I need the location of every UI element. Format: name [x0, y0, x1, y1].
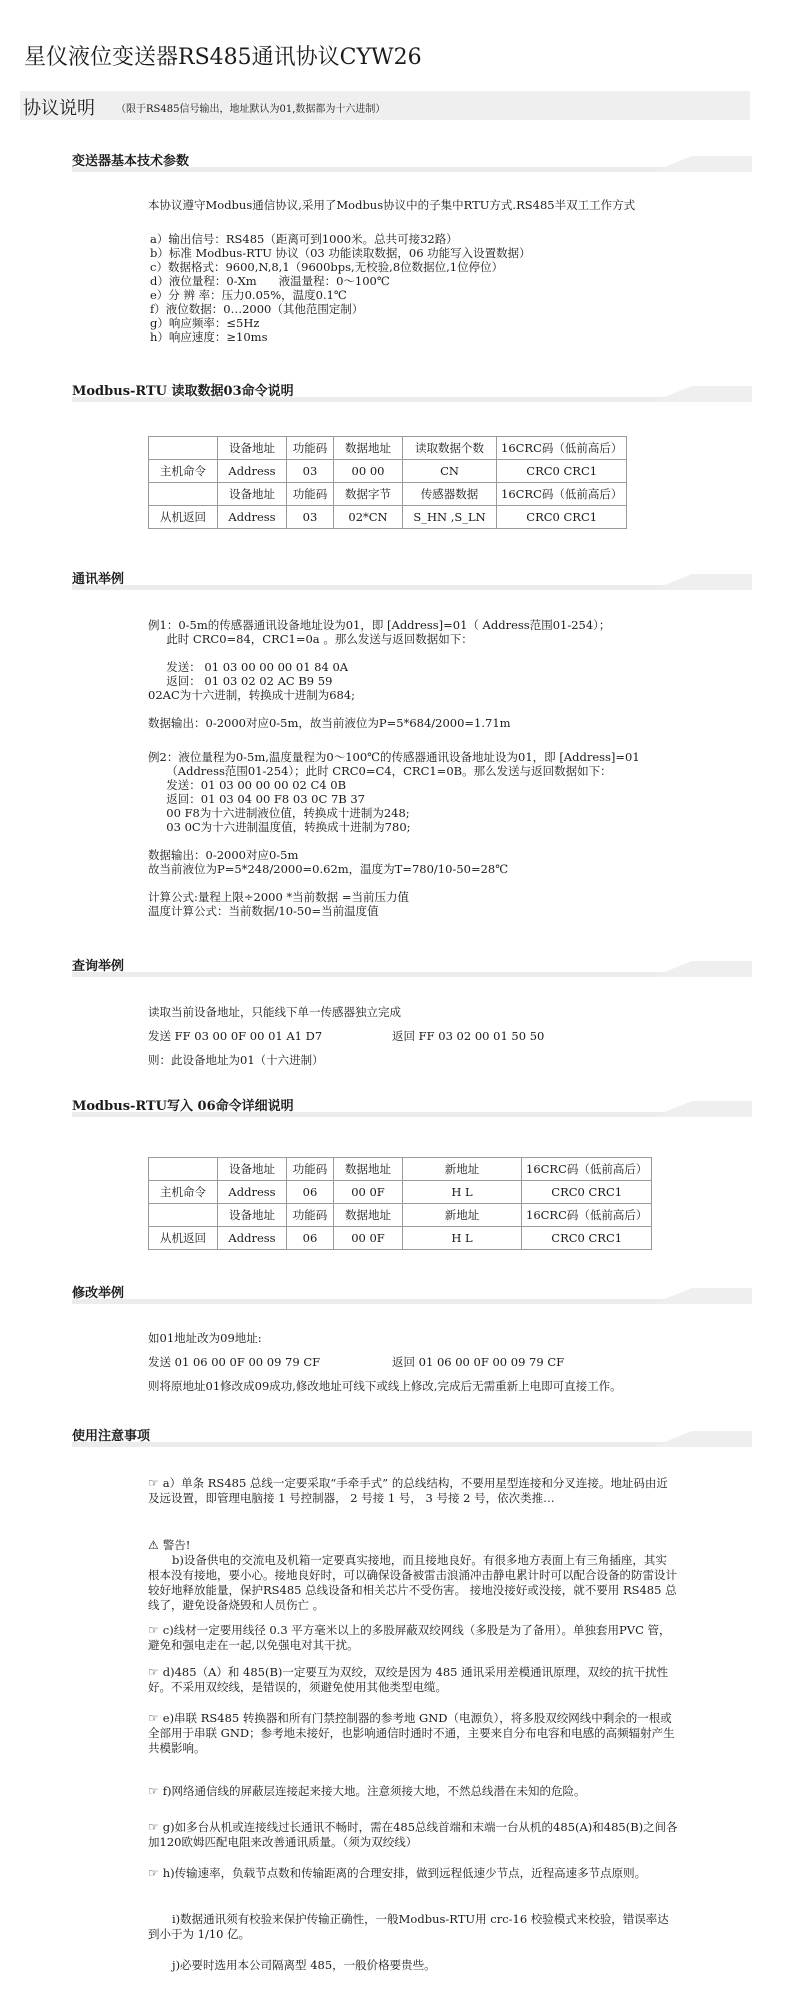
list-item: a）输出信号：RS485（距离可到1000米。总共可接32路）: [150, 232, 531, 246]
section-header-query-example: 查询举例: [72, 955, 752, 977]
divider: [72, 1442, 752, 1447]
modify-line: 如01地址改为09地址:: [148, 1331, 262, 1345]
note-e: ☞e)串联 RS485 转换器和所有门禁控制器的参考地 GND（电源负），将多股…: [148, 1711, 678, 1756]
note-b: b)设备供电的交流电及机箱一定要真实接地，而且接地良好。有很多地方表面上有三角插…: [148, 1553, 678, 1613]
modify-recv: 返回 01 06 00 0F 00 09 79 CF: [392, 1355, 564, 1369]
table-row: 设备地址 功能码 数据地址 新地址 16CRC码（低前高后）: [149, 1158, 652, 1181]
table-row: 设备地址 功能码 数据地址 读取数据个数 16CRC码（低前高后）: [149, 437, 627, 460]
list-item: e）分 辨 率：压力0.05%，温度0.1℃: [150, 288, 531, 302]
section-header-tech-params: 变送器基本技术参数: [72, 150, 752, 172]
section-header-write-cmd: Modbus-RTU写入 06命令详细说明: [72, 1095, 752, 1117]
pointing-hand-icon: ☞: [148, 1665, 159, 1679]
section-header-comm-example: 通讯举例: [72, 568, 752, 590]
divider-tab: [652, 1431, 752, 1447]
modify-result: 则将原地址01修改成09成功,修改地址可线下或线上修改,完成后无需重新上电即可直…: [148, 1379, 622, 1393]
divider-tab: [652, 574, 752, 590]
divider: [72, 167, 752, 172]
section-header-read-cmd: Modbus-RTU 读取数据03命令说明: [72, 380, 752, 402]
divider: [72, 1112, 752, 1117]
warning-block: ⚠警告! b)设备供电的交流电及机箱一定要真实接地，而且接地良好。有很多地方表面…: [148, 1538, 678, 1613]
protocol-heading: 协议说明: [23, 94, 95, 120]
list-item: d）液位量程：0-Xm 液温量程：0～100℃: [150, 274, 531, 288]
tech-intro: 本协议遵守Modbus通信协议,采用了Modbus协议中的子集中RTU方式.RS…: [148, 198, 635, 212]
protocol-header-bar: 协议说明 （限于RS485信号输出，地址默认为01,数据都为十六进制）: [20, 91, 750, 120]
section-header-notes: 使用注意事项: [72, 1425, 752, 1447]
divider-tab: [652, 156, 752, 172]
query-result: 则：此设备地址为01（十六进制）: [148, 1053, 324, 1067]
list-item: f）液位数据：0…2000（其他范围定制）: [150, 302, 531, 316]
list-item: h）响应速度：≥10ms: [150, 330, 531, 344]
note-d: ☞d)485（A）和 485(B)一定要互为双绞，双绞是因为 485 通讯采用差…: [148, 1665, 678, 1695]
warning-title: 警告!: [163, 1538, 191, 1552]
list-item: c）数据格式：9600,N,8,1（9600bps,无校验,8位数据位,1位停位…: [150, 260, 531, 274]
query-send: 发送 FF 03 00 0F 00 01 A1 D7: [148, 1029, 322, 1043]
document-title: 星仪液位变送器RS485通讯协议CYW26: [24, 40, 422, 71]
protocol-note: （限于RS485信号输出，地址默认为01,数据都为十六进制）: [116, 100, 385, 115]
note-f: ☞f)网络通信线的屏蔽层连接起来接大地。注意须接大地，不然总线潜在未知的危险。: [148, 1784, 678, 1799]
pointing-hand-icon: ☞: [148, 1820, 159, 1834]
divider: [72, 1299, 752, 1304]
table-row: 主机命令 Address 03 00 00 CN CRC0 CRC1: [149, 460, 627, 483]
table-row: 从机返回 Address 06 00 0F H L CRC0 CRC1: [149, 1227, 652, 1250]
note-c: ☞c)线材一定要用线径 0.3 平方毫米以上的多股屏蔽双绞网线（多股是为了备用）…: [148, 1623, 678, 1653]
divider: [72, 397, 752, 402]
section-header-modify-example: 修改举例: [72, 1282, 752, 1304]
note-g: ☞g)如多台从机或连接线过长通讯不畅时，需在485总线首端和末端一台从机的485…: [148, 1820, 678, 1850]
query-line: 读取当前设备地址，只能线下单一传感器独立完成: [148, 1005, 401, 1019]
pointing-hand-icon: ☞: [148, 1623, 159, 1637]
divider: [72, 972, 752, 977]
divider-tab: [652, 1288, 752, 1304]
warning-icon: ⚠: [148, 1538, 159, 1552]
note-i: i)数据通讯须有校验来保护传输正确性，一般Modbus-RTU用 crc-16 …: [148, 1912, 678, 1942]
divider-tab: [652, 961, 752, 977]
example-2: 例2：液位量程为0-5m,温度量程为0～100℃的传感器通讯设备地址设为01，即…: [148, 750, 640, 918]
pointing-hand-icon: ☞: [148, 1784, 159, 1798]
write-cmd-table: 设备地址 功能码 数据地址 新地址 16CRC码（低前高后） 主机命令 Addr…: [148, 1157, 652, 1250]
modify-send: 发送 01 06 00 0F 00 09 79 CF: [148, 1355, 320, 1369]
note-h: ☞h)传输速率，负载节点数和传输距离的合理安排，做到远程低速少节点，近程高速多节…: [148, 1866, 678, 1881]
note-j: j)必要时选用本公司隔离型 485，一般价格要贵些。: [148, 1958, 678, 1973]
divider: [72, 585, 752, 590]
note-a: ☞a）单条 RS485 总线一定要采取“手牵手式” 的总线结构，不要用星型连接和…: [148, 1476, 678, 1506]
pointing-hand-icon: ☞: [148, 1711, 159, 1725]
query-recv: 返回 FF 03 02 00 01 50 50: [392, 1029, 544, 1043]
list-item: b）标准 Modbus-RTU 协议（03 功能读取数据，06 功能写入设置数据…: [150, 246, 531, 260]
divider-tab: [652, 386, 752, 402]
divider-tab: [652, 1101, 752, 1117]
table-row: 设备地址 功能码 数据地址 新地址 16CRC码（低前高后）: [149, 1204, 652, 1227]
table-row: 主机命令 Address 06 00 0F H L CRC0 CRC1: [149, 1181, 652, 1204]
example-1: 例1：0-5m的传感器通讯设备地址设为01，即 [Address]=01（ Ad…: [148, 618, 610, 730]
tech-params-list: a）输出信号：RS485（距离可到1000米。总共可接32路） b）标准 Mod…: [150, 232, 531, 344]
list-item: g）响应频率：≤5Hz: [150, 316, 531, 330]
pointing-hand-icon: ☞: [148, 1476, 159, 1490]
table-row: 设备地址 功能码 数据字节 传感器数据 16CRC码（低前高后）: [149, 483, 627, 506]
table-row: 从机返回 Address 03 02*CN S_HN ,S_LN CRC0 CR…: [149, 506, 627, 529]
pointing-hand-icon: ☞: [148, 1866, 159, 1880]
read-cmd-table: 设备地址 功能码 数据地址 读取数据个数 16CRC码（低前高后） 主机命令 A…: [148, 436, 627, 529]
